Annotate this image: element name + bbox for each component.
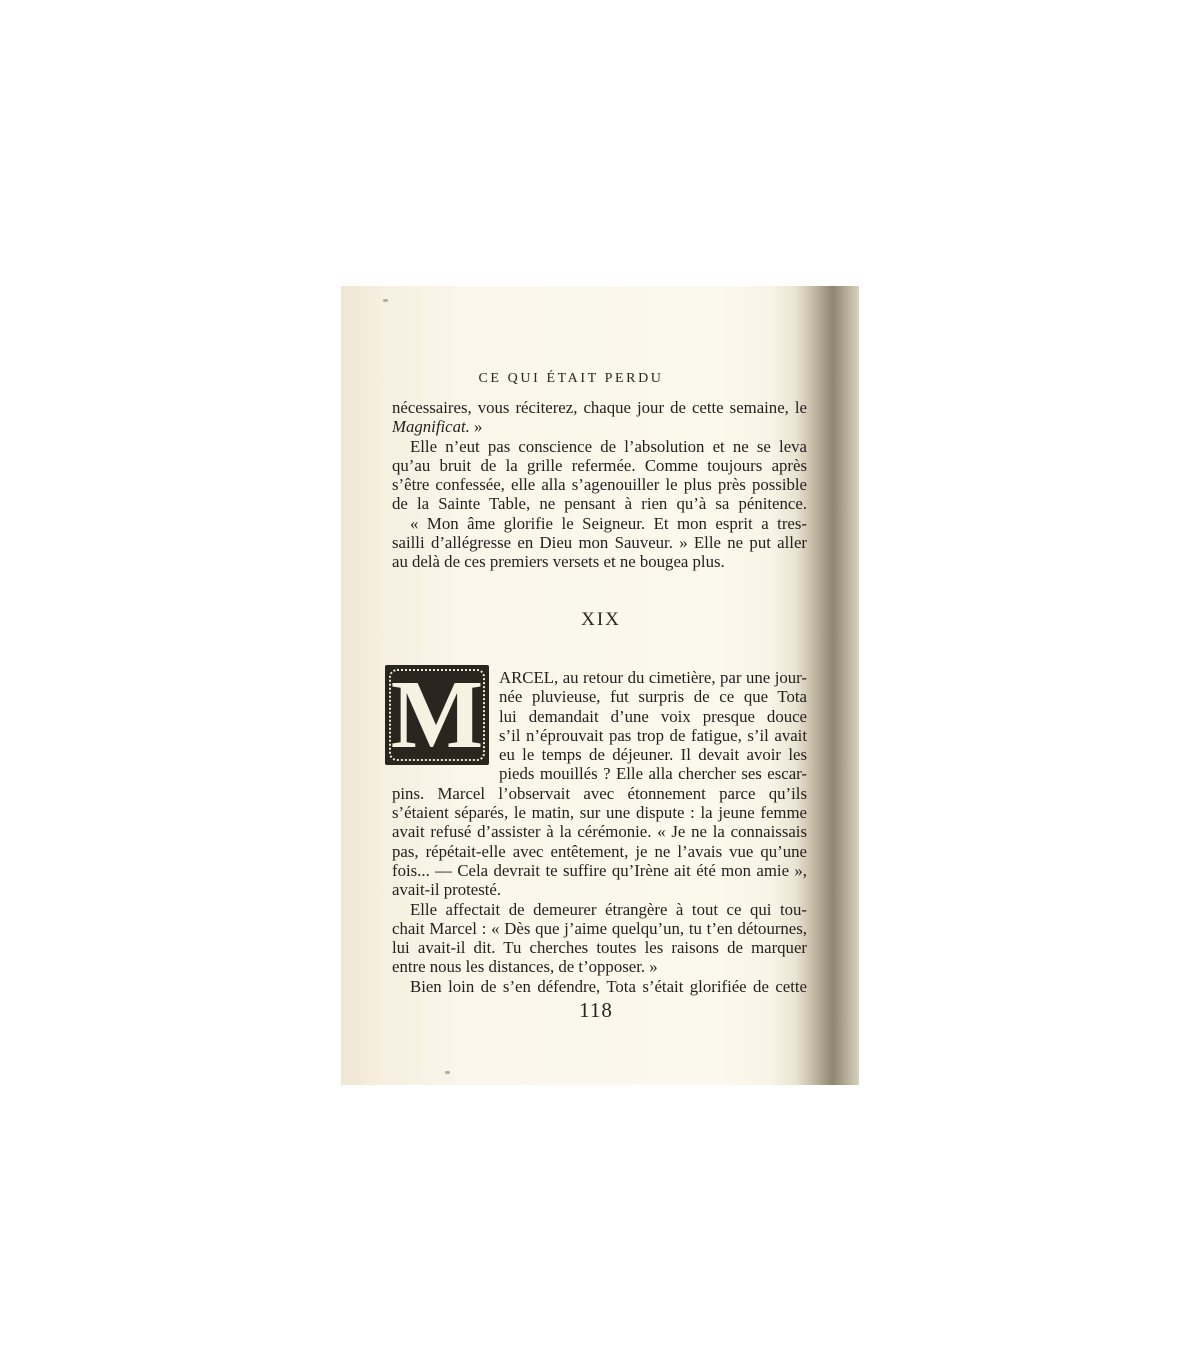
text-line: née pluvieuse, fut surpris de ce que Tot… [499,687,807,706]
text-line: entre nous les distances, de t’opposer. … [392,957,807,976]
text-line: ARCEL, au retour du cimetière, par une j… [499,668,807,687]
text-line: chait Marcel : « Dès que j’aime quelqu’u… [392,919,807,938]
section-2-text: ARCEL, au retour du cimetière, par une j… [392,668,807,996]
text-line: s’il n’éprouvait pas trop de fatigue, s’… [499,726,807,745]
text-fragment: au retour du cimetière, par une jour- [558,668,807,687]
section-1-text: nécessaires, vous réciterez, chaque jour… [392,398,807,572]
text-line: avait refusé d’assister à la cérémonie. … [392,822,807,841]
text-line: lui demandait d’une voix presque douce [499,707,807,726]
text-line: s’être confessée, elle alla s’agenouille… [392,475,807,494]
text-line: Elle n’eut pas conscience de l’absolutio… [392,437,807,456]
book-page: CE QUI ÉTAIT PERDU nécessaires, vous réc… [341,286,859,1085]
text-line: de la Sainte Table, ne pensant à rien qu… [392,494,807,513]
text-line: pas, répétait-elle avec entêtement, je n… [392,842,807,861]
text-line: lui avait-il dit. Tu cherches toutes les… [392,938,807,957]
first-word-smallcaps: ARCEL, [499,668,558,687]
text-line: sailli d’allégresse en Dieu mon Sauveur.… [392,533,807,552]
chapter-heading: XIX [341,609,861,631]
text-line: pins. Marcel l’observait avec étonnement… [392,784,807,803]
text-line: Magnificat. » [392,417,807,436]
text-line: s’étaient séparés, le matin, sur une dis… [392,803,807,822]
text-line: eu le temps de déjeuner. Il devait avoir… [499,745,807,764]
page-number: 118 [341,998,851,1023]
text-line: Bien loin de s’en défendre, Tota s’était… [392,977,807,996]
text-line: avait-il protesté. [392,880,807,899]
text-line: nécessaires, vous réciterez, chaque jour… [392,398,807,417]
paper-speck [445,1071,450,1074]
italic-title: Magnificat. [392,417,470,436]
text-line: Elle affectait de demeurer étrangère à t… [392,900,807,919]
text-line: fois... — Cela devrait te suffire qu’Irè… [392,861,807,880]
text-line: pieds mouillés ? Elle alla chercher ses … [499,764,807,783]
text-line: qu’au bruit de la grille refermée. Comme… [392,456,807,475]
text-line: « Mon âme glorifie le Seigneur. Et mon e… [392,514,807,533]
running-head: CE QUI ÉTAIT PERDU [341,371,801,387]
text-line: au delà de ces premiers versets et ne bo… [392,552,807,571]
paper-speck [383,299,388,302]
